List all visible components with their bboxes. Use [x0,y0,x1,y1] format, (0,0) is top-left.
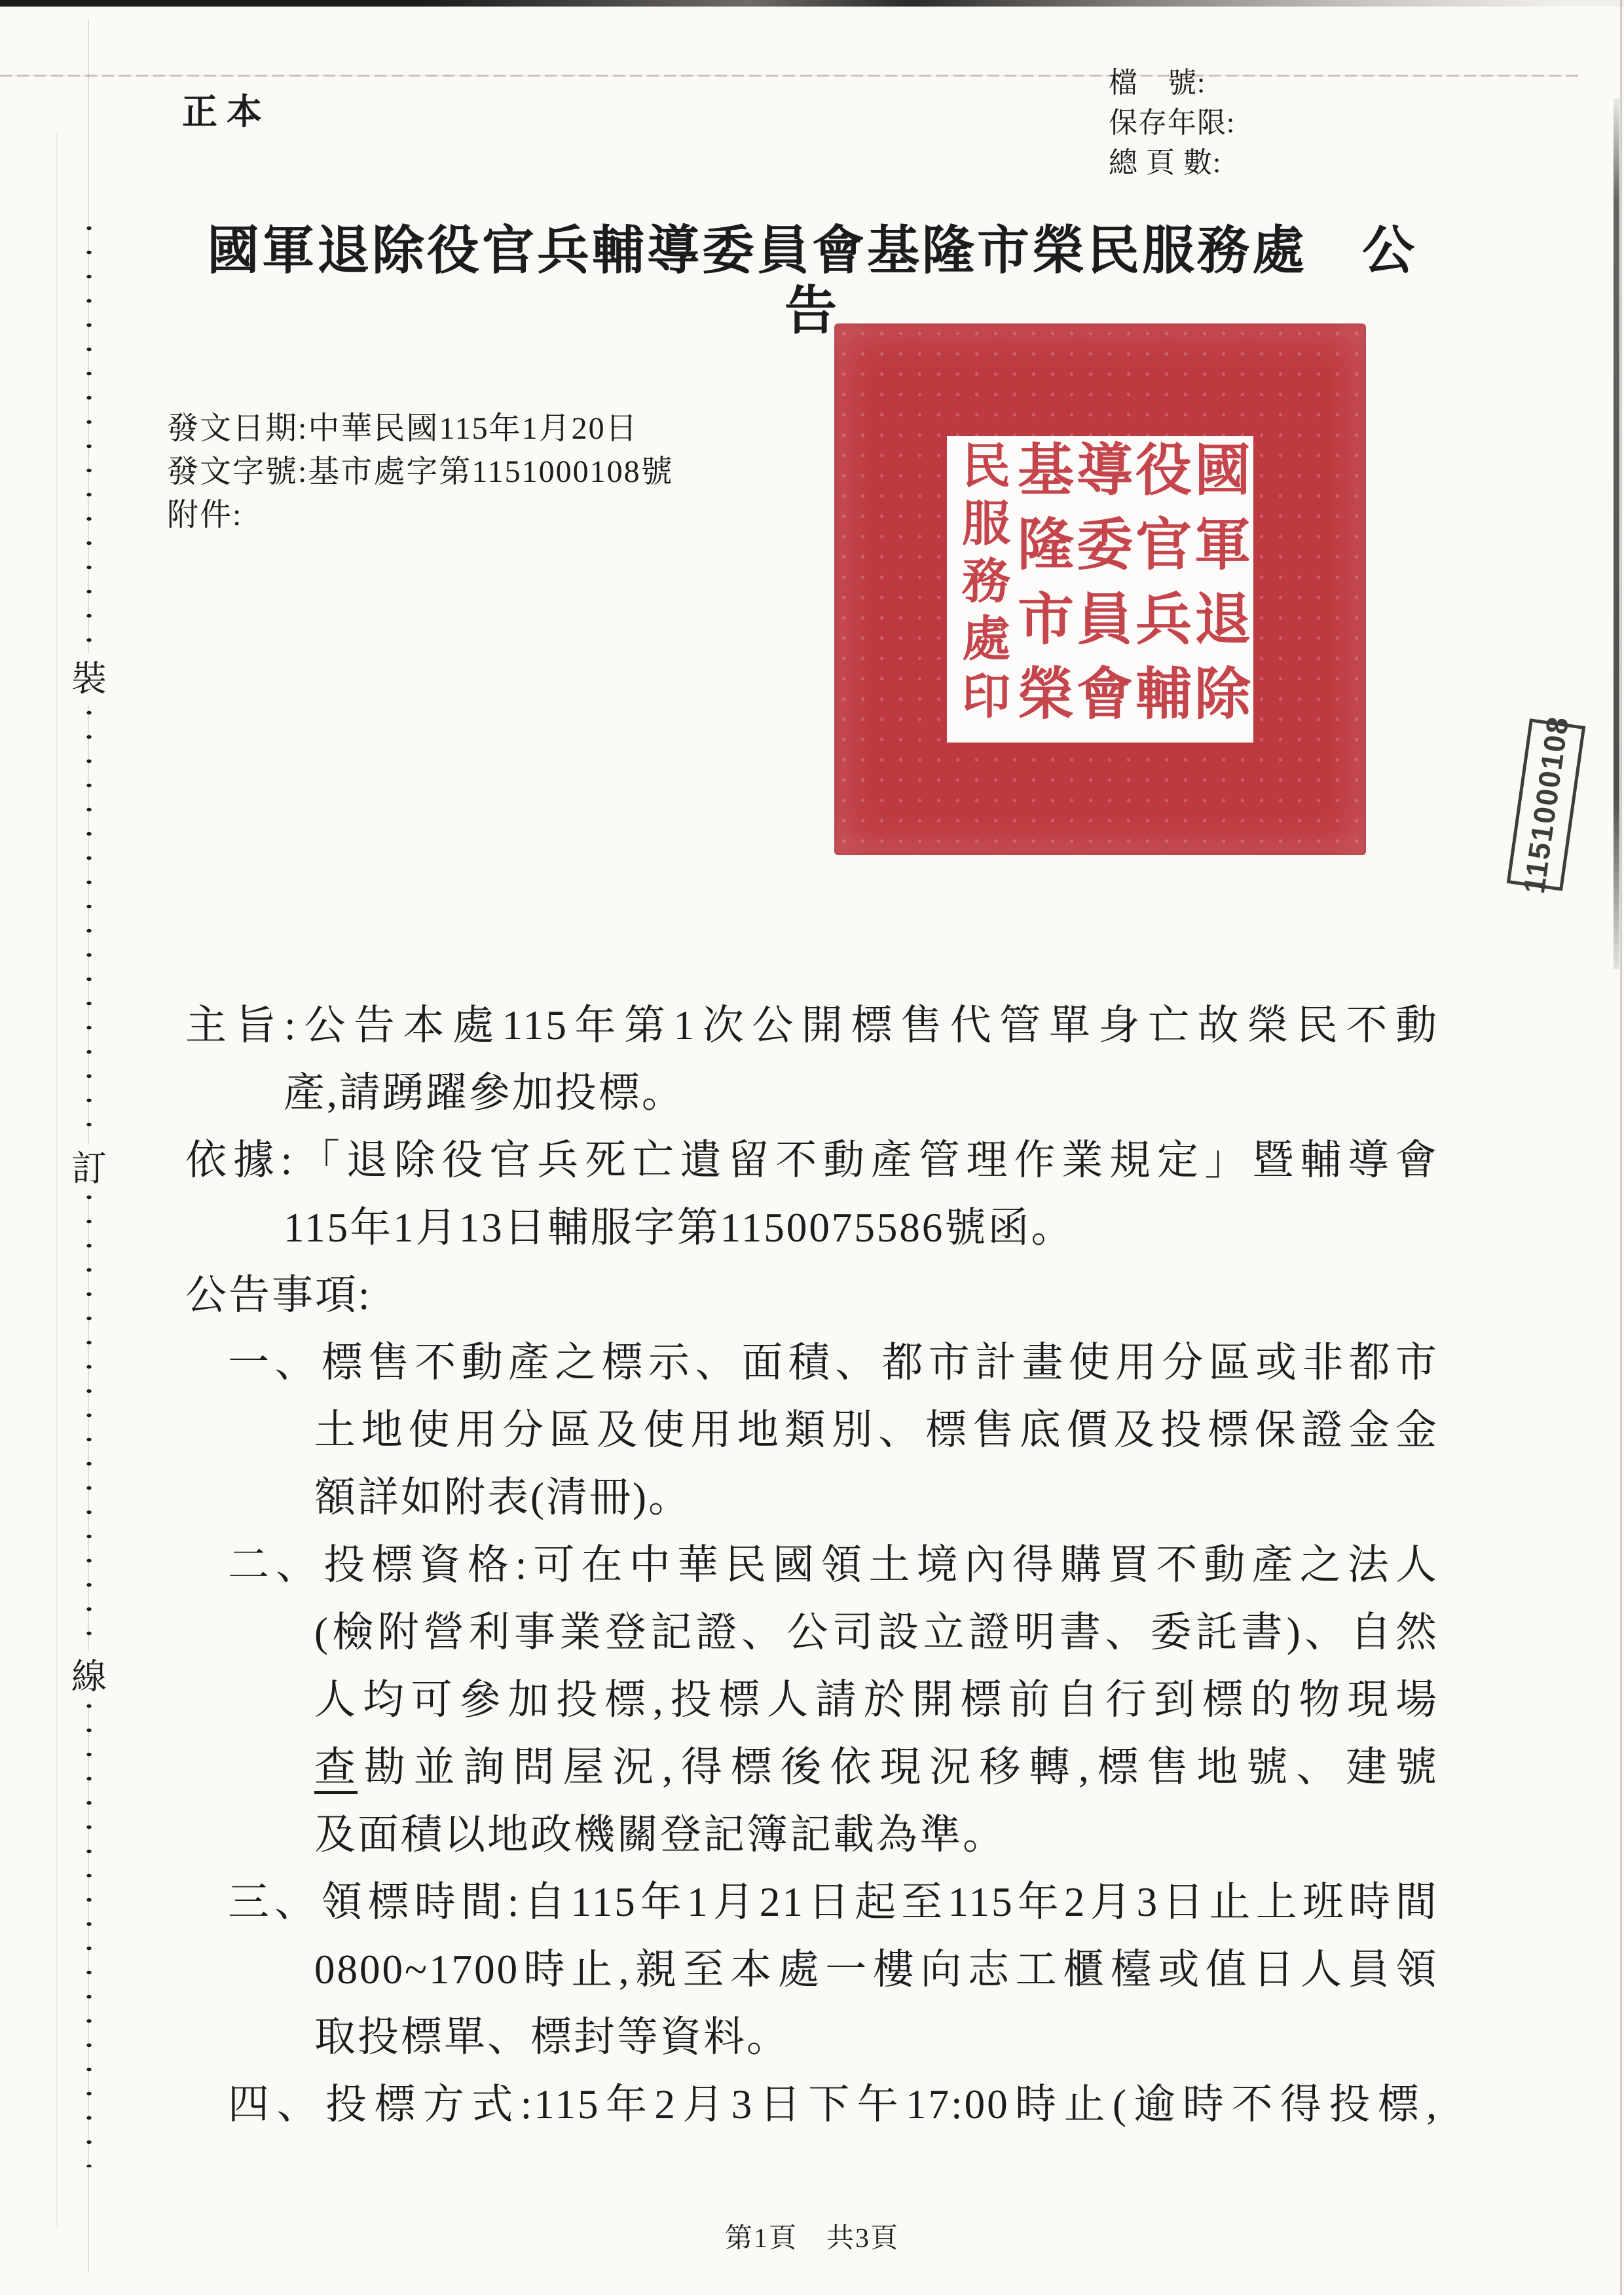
body-text: (檢附營利事業登記證、公司設立證明書、委託書)、自然 [314,1609,1439,1655]
binding-mark-2: 線 [70,1651,108,1702]
seal-inner: 國軍退除役官兵輔導委員會基隆市榮民服務處印 [947,436,1253,743]
para-label: 依據: [185,1137,294,1183]
copy-type-label: 正本 [182,84,271,134]
body-line: 產,請踴躍參加投標。 [185,1059,1439,1127]
body-text: 0800~1700時止,親至本處一樓向志工櫃檯或值日人員領 [314,1947,1439,1992]
body-text: 產,請踴躍參加投標。 [284,1070,685,1116]
body-text: 人均可參加投標,投標人請於開標前自行到標的物現場 [314,1677,1439,1723]
body-line: 人均可參加投標,投標人請於開標前自行到標的物現場 [185,1666,1439,1734]
body-line: 三、領標時間:自115年1月21日起至115年2月3日止上班時間 [185,1869,1439,1936]
scan-artifact-right-edge [1620,0,1622,2295]
doc-number-row: 發文字號:基市處字第1151000108號 [167,450,674,494]
registry-stamp: 1151000108 [1507,718,1586,890]
para-label: 二、 [228,1542,323,1588]
doc-number-label: 發文字號: [167,454,308,489]
binding-mark-0: 裝 [70,653,108,705]
document-meta: 發文日期:中華民國115年1月20日 發文字號:基市處字第1151000108號… [167,407,674,537]
para-label: 四、 [228,2082,325,2127]
body-line: 額詳如附表(清冊)。 [185,1464,1439,1532]
page-footer: 第1頁 共3頁 [0,2216,1624,2256]
body-text: 公告事項: [185,1272,372,1318]
body-line: 四、投標方式:115年2月3日下午17:00時止(逾時不得投標, [185,2071,1439,2139]
body-line: 二、投標資格:可在中華民國領土境內得購買不動產之法人 [185,1532,1439,1599]
attachment-label: 附件: [167,498,242,532]
body-line: 一、標售不動產之標示、面積、都市計畫使用分區或非都市 [185,1329,1439,1397]
attachment-row: 附件: [167,494,674,537]
body-line: 取投標單、標封等資料。 [185,2004,1439,2071]
body-line: 土地使用分區及使用地類別、標售底價及投標保證金金 [185,1397,1439,1464]
para-label: 主旨: [185,1002,298,1048]
para-label: 一、 [228,1340,322,1386]
document-title-line2: 告 [0,282,1624,342]
body-text: 領標時間:自115年1月21日起至115年2月3日止上班時間 [321,1879,1439,1925]
issue-date-row: 發文日期:中華民國115年1月20日 [167,407,674,450]
binding-rail: 裝訂線 [68,216,110,2167]
body-line: 查勘並詢問屋況,得標後依現況移轉,標售地號、建號 [185,1734,1439,1801]
seal-column: 導委員會 [1070,440,1129,739]
body-text: 取投標單、標封等資料。 [314,2014,790,2060]
body-text: 標售不動產之標示、面積、都市計畫使用分區或非都市 [322,1340,1439,1386]
body-text: 額詳如附表(清冊)。 [314,1475,692,1520]
body-line: 及面積以地政機關登記簿記載為準。 [185,1801,1439,1869]
body-text: 及面積以地政機關登記簿記載為準。 [314,1812,1006,1858]
body-line: 依據:「退除役官兵死亡遺留不動產管理作業規定」暨輔導會 [185,1127,1439,1194]
seal-column: 國軍退除 [1188,440,1247,739]
body-text: 勘並詢問屋況,得標後依現況移轉,標售地號、建號 [358,1744,1439,1790]
announcement-body: 主旨:公告本處115年第1次公開標售代管單身亡故榮民不動產,請踴躍參加投標。依據… [185,992,1439,2139]
file-number-label: 檔 號: [1109,63,1235,103]
body-text: 土地使用分區及使用地類別、標售底價及投標保證金金 [314,1407,1439,1453]
doc-number-value: 基市處字第1151000108號 [308,454,673,489]
body-text: 投標資格:可在中華民國領土境內得購買不動產之法人 [323,1542,1439,1588]
body-line: 公告事項: [185,1262,1439,1329]
para-label: 三、 [228,1879,321,1925]
seal-column: 民服務處印 [952,440,1011,728]
body-text: 115年1月13日輔服字第1150075586號函。 [284,1205,1074,1251]
scan-artifact-horizontal-line [0,75,1578,77]
document-title: 國軍退除役官兵輔導委員會基隆市榮民服務處 公 告 [0,221,1624,342]
body-line: (檢附營利事業登記證、公司設立證明書、委託書)、自然 [185,1599,1439,1666]
underlined-text: 查 [314,1744,358,1794]
binding-mark-1: 訂 [70,1143,108,1194]
registry-stamp-number: 1151000108 [1516,714,1576,896]
seal-column: 基隆市榮 [1011,440,1070,739]
document-title-line1: 國軍退除役官兵輔導委員會基隆市榮民服務處 公 [0,221,1624,282]
total-pages-label: 總 頁 數: [1109,143,1235,183]
seal-column: 役官兵輔 [1129,440,1188,739]
scan-artifact-vertical-line-2 [56,131,58,2226]
issue-date-label: 發文日期: [167,411,308,446]
scan-artifact-top-edge [0,0,1624,7]
retention-period-label: 保存年限: [1109,103,1235,143]
body-line: 主旨:公告本處115年第1次公開標售代管單身亡故榮民不動 [185,992,1439,1059]
body-text: 「退除役官兵死亡遺留不動產管理作業規定」暨輔導會 [294,1137,1439,1183]
issue-date-value: 中華民國115年1月20日 [308,411,638,446]
body-line: 115年1月13日輔服字第1150075586號函。 [185,1194,1439,1262]
body-line: 0800~1700時止,親至本處一樓向志工櫃檯或值日人員領 [185,1936,1439,2004]
body-text: 公告本處115年第1次公開標售代管單身亡故榮民不動 [298,1002,1439,1048]
official-seal: 國軍退除役官兵輔導委員會基隆市榮民服務處印 [834,323,1366,855]
body-text: 投標方式:115年2月3日下午17:00時止(逾時不得投標, [325,2082,1439,2127]
document-page: 裝訂線 正本 檔 號: 保存年限: 總 頁 數: 國軍退除役官兵輔導委員會基隆市… [0,0,1624,2295]
file-info-block: 檔 號: 保存年限: 總 頁 數: [1109,63,1235,183]
